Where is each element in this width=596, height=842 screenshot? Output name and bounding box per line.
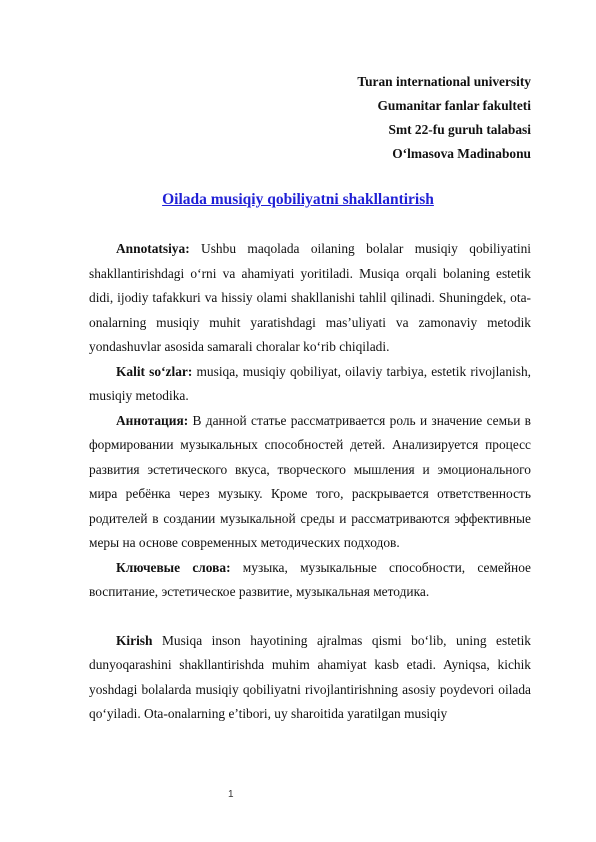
faculty-name: Gumanitar fanlar fakulteti (357, 94, 531, 118)
introduction-label: Kirish (116, 633, 152, 648)
author-name: O‘lmasova Madinabonu (357, 142, 531, 166)
annotation-uz-label: Annotatsiya: (116, 241, 190, 256)
keywords-uz: Kalit so‘zlar: musiqa, musiqiy qobiliyat… (89, 360, 531, 409)
annotation-ru-text: В данной статье рассматривается роль и з… (89, 413, 531, 551)
annotation-ru-label: Аннотация: (116, 413, 188, 428)
author-info: Turan international university Gumanitar… (357, 70, 531, 166)
annotation-uz-text: Ushbu maqolada oilaning bolalar musiqiy … (89, 241, 531, 354)
article-body: Annotatsiya: Ushbu maqolada oilaning bol… (89, 237, 531, 727)
annotation-ru: Аннотация: В данной статье рассматривает… (89, 409, 531, 556)
annotation-uz: Annotatsiya: Ushbu maqolada oilaning bol… (89, 237, 531, 360)
article-title: Oilada musiqiy qobiliyatni shakllantiris… (0, 191, 596, 209)
group-name: Smt 22-fu guruh talabasi (357, 118, 531, 142)
article-title-link[interactable]: Oilada musiqiy qobiliyatni shakllantiris… (162, 191, 434, 208)
keywords-ru-label: Ключевые слова: (116, 560, 231, 575)
keywords-ru: Ключевые слова: музыка, музыкальные спос… (89, 556, 531, 605)
keywords-uz-label: Kalit so‘zlar: (116, 364, 192, 379)
page-number: 1 (228, 789, 234, 800)
introduction-text: Musiqa inson hayotining ajralmas qismi b… (89, 633, 531, 722)
university-name: Turan international university (357, 70, 531, 94)
introduction: Kirish Musiqa inson hayotining ajralmas … (89, 629, 531, 727)
